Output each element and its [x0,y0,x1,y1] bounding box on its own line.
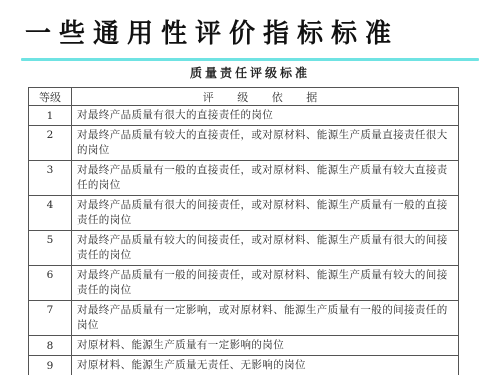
basis-cell: 对最终产品质量有较大的直接责任，或对原材料、能源生产质量直接责任很大的岗位 [72,126,459,161]
grade-cell: 8 [29,336,72,356]
basis-cell: 对原材料、能源生产质量无责任、无影响的岗位 [72,356,459,375]
table-row: 7 对最终产品质量有一定影响，或对原材料、能源生产质量有一般的间接责任的岗位 [29,301,459,336]
grade-cell: 2 [29,126,72,161]
table-row: 2 对最终产品质量有较大的直接责任，或对原材料、能源生产质量直接责任很大的岗位 [29,126,459,161]
grade-cell: 1 [29,106,72,126]
title-divider [21,58,479,61]
basis-cell: 对最终产品质量有一般的直接责任，或对原材料、能源生产质量有较大直接责任的岗位 [72,161,459,196]
table-caption: 质量责任评级标准 [0,64,500,82]
grade-cell: 6 [29,266,72,301]
grade-cell: 3 [29,161,72,196]
table-row: 4 对最终产品质量有很大的间接责任，或对原材料、能源生产质量有一般的直接责任的岗… [29,196,459,231]
basis-cell: 对最终产品质量有一般的间接责任，或对原材料、能源生产质量有较大的间接责任的岗位 [72,266,459,301]
basis-cell: 对最终产品质量有一定影响，或对原材料、能源生产质量有一般的间接责任的岗位 [72,301,459,336]
quality-responsibility-table: 等级 评 级 依 据 1 对最终产品质量有很大的直接责任的岗位 2 对最终产品质… [28,87,459,375]
grade-cell: 4 [29,196,72,231]
grade-cell: 5 [29,231,72,266]
table-row: 6 对最终产品质量有一般的间接责任，或对原材料、能源生产质量有较大的间接责任的岗… [29,266,459,301]
table-row: 8 对原材料、能源生产质量有一定影响的岗位 [29,336,459,356]
table-row: 9 对原材料、能源生产质量无责任、无影响的岗位 [29,356,459,375]
header-basis: 评 级 依 据 [72,88,459,106]
grade-cell: 7 [29,301,72,336]
header-grade: 等级 [29,88,72,106]
basis-cell: 对最终产品质量有很大的直接责任的岗位 [72,106,459,126]
table-row: 1 对最终产品质量有很大的直接责任的岗位 [29,106,459,126]
basis-cell: 对原材料、能源生产质量有一定影响的岗位 [72,336,459,356]
table-row: 5 对最终产品质量有较大的间接责任，或对原材料、能源生产质量有很大的间接责任的岗… [29,231,459,266]
basis-cell: 对最终产品质量有很大的间接责任，或对原材料、能源生产质量有一般的直接责任的岗位 [72,196,459,231]
table-header-row: 等级 评 级 依 据 [29,88,459,106]
basis-cell: 对最终产品质量有较大的间接责任，或对原材料、能源生产质量有很大的间接责任的岗位 [72,231,459,266]
grade-cell: 9 [29,356,72,375]
table-row: 3 对最终产品质量有一般的直接责任，或对原材料、能源生产质量有较大直接责任的岗位 [29,161,459,196]
page-title: 一些通用性评价指标标准 [25,18,399,50]
